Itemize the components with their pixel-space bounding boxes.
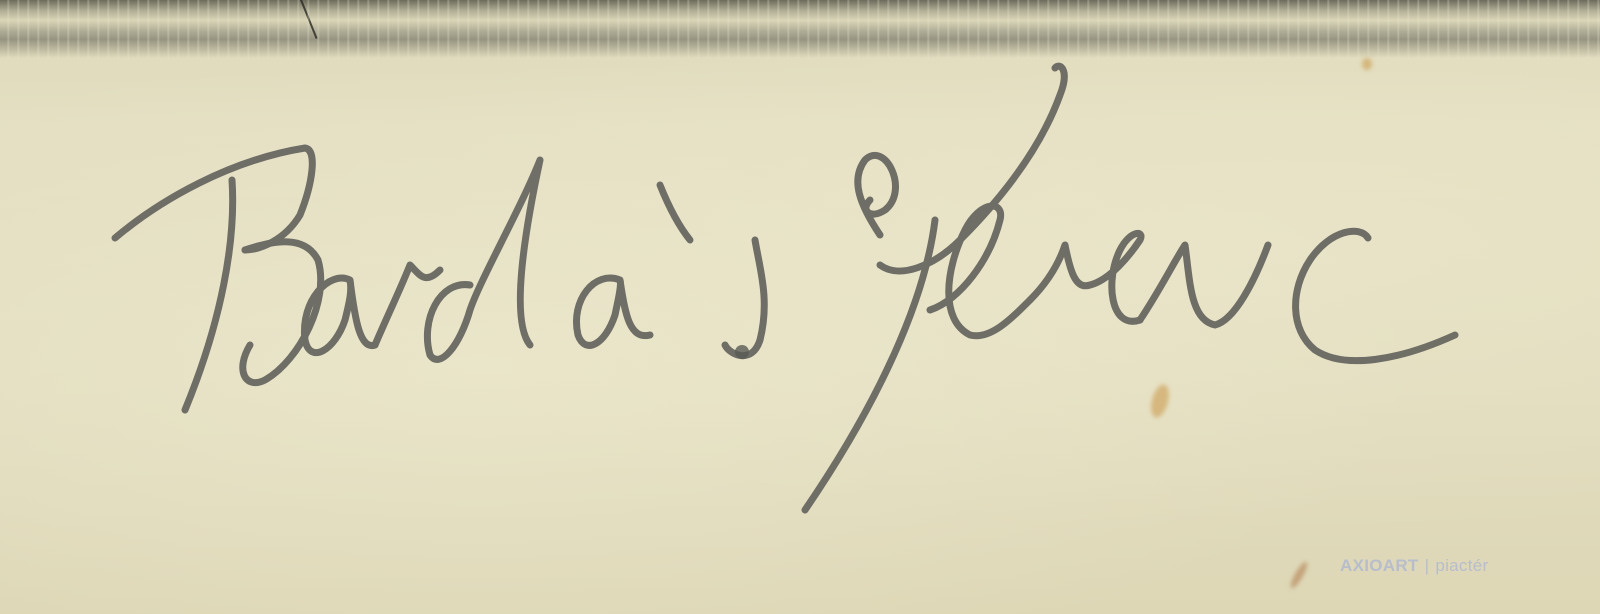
signature-text: Bardás Ferenc — [0, 0, 1, 1]
watermark-separator: | — [1425, 556, 1430, 575]
watermark-suffix: piactér — [1435, 556, 1488, 575]
watermark-brand: AXIOART — [1340, 556, 1419, 575]
photograph: Bardás Ferenc AXIOART|piactér — [0, 0, 1600, 614]
pencil-signature — [0, 0, 1600, 614]
watermark: AXIOART|piactér — [1340, 556, 1488, 576]
